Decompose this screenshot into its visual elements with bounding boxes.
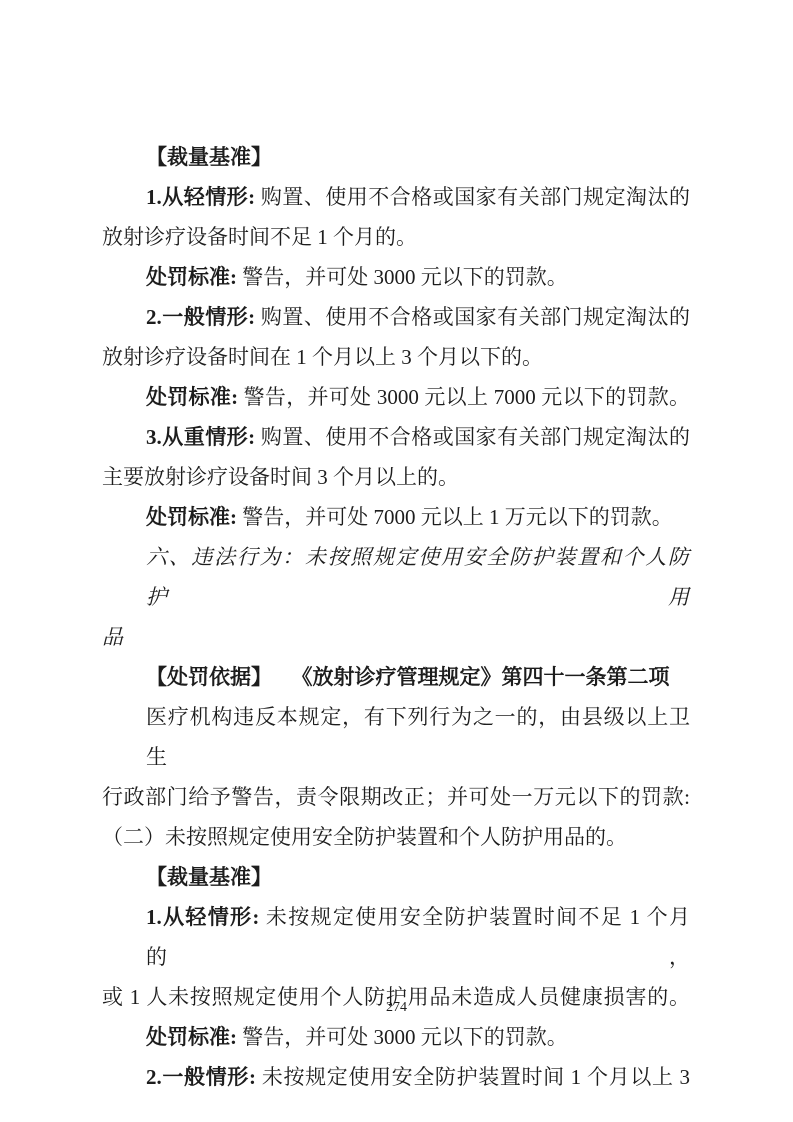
text-line: （二）未按照规定使用安全防护装置和个人防护用品的。 [102,817,690,857]
document-body: 【裁量基准】1.从轻情形: 购置、使用不合格或国家有关部门规定淘汰的放射诊疗设备… [102,137,690,1097]
text-line: 放射诊疗设备时间在 1 个月以上 3 个月以下的。 [102,337,690,377]
page-number: 274 [0,998,793,1018]
body-text: 警告，并可处 7000 元以上 1 万元以下的罚款。 [237,505,673,529]
text-line: 2.一般情形: 购置、使用不合格或国家有关部门规定淘汰的 [102,297,690,337]
text-line: 品 [102,617,690,657]
text-line: 【裁量基准】 [102,857,690,897]
body-text: 医疗机构违反本规定，有下列行为之一的，由县级以上卫生 [146,705,690,769]
bold-label-text: 处罚标准: [146,265,237,289]
body-text: 购置、使用不合格或国家有关部门规定淘汰的 [255,185,690,209]
bold-label-text: 2.一般情形: [146,305,255,329]
body-text: 购置、使用不合格或国家有关部门规定淘汰的 [255,425,690,449]
body-text: 未按规定使用安全防护装置时间 1 个月以上 3 [256,1065,690,1089]
text-line: 医疗机构违反本规定，有下列行为之一的，由县级以上卫生 [102,697,690,777]
text-line: 1.从轻情形: 购置、使用不合格或国家有关部门规定淘汰的 [102,177,690,217]
body-text: 品 [102,625,124,649]
body-text: 放射诊疗设备时间不足 1 个月的。 [102,225,417,249]
text-line: 【处罚依据】《放射诊疗管理规定》第四十一条第二项 [102,657,690,697]
text-line: 六、违法行为：未按照规定使用安全防护装置和个人防护用 [102,537,690,617]
bold-label-text: 《放射诊疗管理规定》第四十一条第二项 [302,665,670,689]
body-text: 警告，并可处 3000 元以下的罚款。 [237,1025,568,1049]
text-line: 2.一般情形: 未按规定使用安全防护装置时间 1 个月以上 3 [102,1057,690,1097]
bold-label-text: 3.从重情形: [146,425,255,449]
text-line: 3.从重情形: 购置、使用不合格或国家有关部门规定淘汰的 [102,417,690,457]
text-line: 处罚标准: 警告，并可处 3000 元以上 7000 元以下的罚款。 [102,377,690,417]
body-text: 购置、使用不合格或国家有关部门规定淘汰的 [255,305,690,329]
text-line: 放射诊疗设备时间不足 1 个月的。 [102,217,690,257]
bold-label-text: 处罚标准: [146,505,237,529]
body-text: 警告，并可处 3000 元以下的罚款。 [237,265,568,289]
bold-label-text: 处罚标准: [146,1025,237,1049]
bold-label-text: 【裁量基准】 [146,145,272,169]
bold-label-text: 1.从轻情形: [146,185,255,209]
bold-label-text: 1.从轻情形: [146,905,259,929]
body-text: 警告，并可处 3000 元以上 7000 元以下的罚款。 [238,385,690,409]
text-line: 处罚标准: 警告，并可处 7000 元以上 1 万元以下的罚款。 [102,497,690,537]
document-page: 【裁量基准】1.从轻情形: 购置、使用不合格或国家有关部门规定淘汰的放射诊疗设备… [0,0,793,1122]
bold-label-text: 2.一般情形: [146,1065,256,1089]
bold-label-text: 【处罚依据】 [146,665,272,689]
body-text: 行政部门给予警告，责令限期改正；并可处一万元以下的罚款: [102,785,690,809]
bold-label-text: 处罚标准: [146,385,238,409]
body-text: （二）未按照规定使用安全防护装置和个人防护用品的。 [102,825,627,849]
text-line: 行政部门给予警告，责令限期改正；并可处一万元以下的罚款: [102,777,690,817]
text-line: 1.从轻情形: 未按规定使用安全防护装置时间不足 1 个月的， [102,897,690,977]
text-line: 处罚标准: 警告，并可处 3000 元以下的罚款。 [102,1017,690,1057]
body-text: 放射诊疗设备时间在 1 个月以上 3 个月以下的。 [102,345,543,369]
text-line: 【裁量基准】 [102,137,690,177]
text-line: 处罚标准: 警告，并可处 3000 元以下的罚款。 [102,257,690,297]
text-line: 主要放射诊疗设备时间 3 个月以上的。 [102,457,690,497]
body-text: 主要放射诊疗设备时间 3 个月以上的。 [102,465,459,489]
bold-label-text: 【裁量基准】 [146,865,272,889]
body-text: 六、违法行为：未按照规定使用安全防护装置和个人防护用 [146,545,690,609]
